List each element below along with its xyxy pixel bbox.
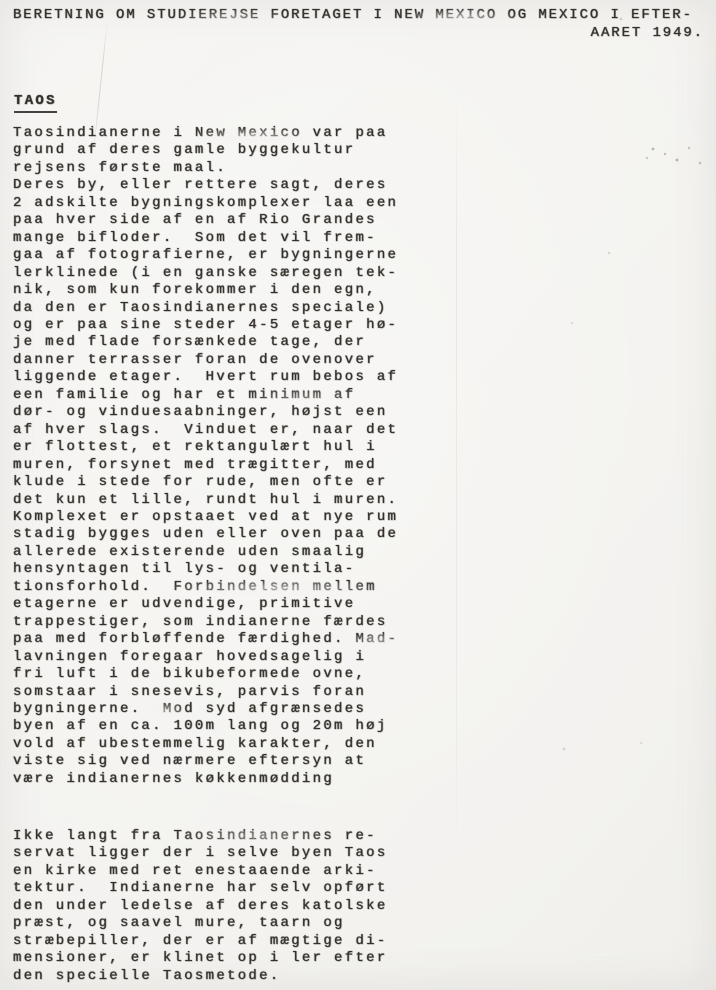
scanned-typewritten-page: BERETNING OM STUDIEREJSE FORETAGET I NEW… [0,0,716,990]
paragraph-taos-church: Ikke langt fra Taosindianernes re- serva… [13,828,453,985]
paper-specks [0,0,2,2]
paper-crease-vertical [456,88,457,868]
paragraph-taos-pueblo: Taosindianerne i New Mexico var paa grun… [13,125,453,788]
document-title-line2: AARET 1949. [591,25,704,42]
section-heading-taos: TAOS [14,93,57,113]
document-title-line1: BERETNING OM STUDIEREJSE FORETAGET I NEW… [13,7,713,24]
